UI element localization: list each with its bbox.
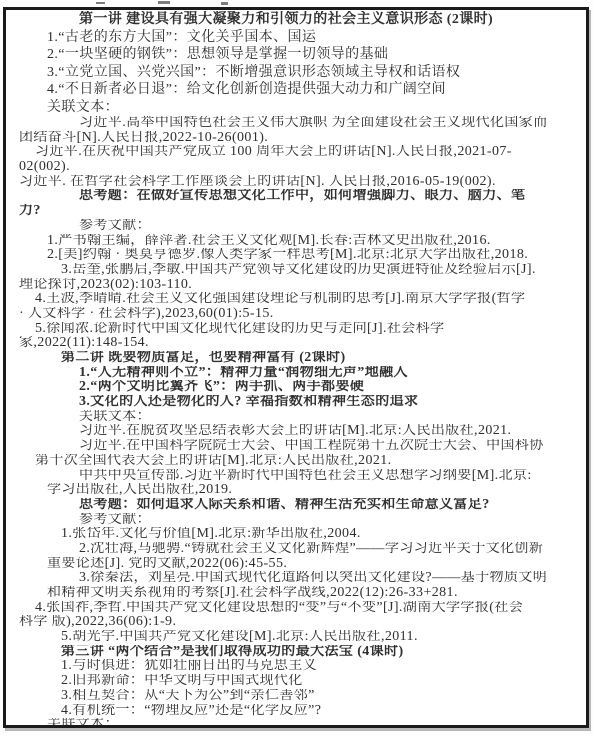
doc-line-reference: · 人文科学 · 社会科学),2023,60(01):5-15. bbox=[19, 307, 581, 322]
doc-line-lecture-title: 第一讲 建设具有强大凝聚力和引领力的社会主义意识形态 (2课时) bbox=[19, 11, 581, 29]
doc-line-reference: 科学 版),2022,36(06):1-9. bbox=[19, 615, 581, 630]
doc-line-reference: 1.严书翰主编，薛萍著.社会主义文化观[M].长春:吉林文史出版社,2016. bbox=[19, 234, 581, 249]
doc-line-section-label: 参考文献： bbox=[19, 513, 581, 528]
doc-line-think-question: 思考题：在做好宣传思想文化工作中，如何增强脚力、眼力、脑力、笔 bbox=[19, 189, 581, 204]
doc-line-outline-point: 3.相互契合：从“天下为公”到“亲仁善邻” bbox=[19, 689, 581, 704]
doc-line-section-label: 参考文献： bbox=[19, 219, 581, 234]
doc-line-outline-point: 3.“立党立国、兴党兴国”：不断增强意识形态领域主导权和话语权 bbox=[19, 64, 581, 82]
document-frame: 第一讲 建设具有强大凝聚力和引领力的社会主义意识形态 (2课时)1.“古老的东方… bbox=[3, 7, 589, 728]
doc-line-reference: 学习出版社,人民出版社,2019. bbox=[19, 483, 581, 498]
doc-line-section-label: 关联文本： bbox=[19, 410, 581, 425]
doc-line-reference: 5.胡光宇.中国共产党文化建设[M].北京:人民出版社,2011. bbox=[19, 630, 581, 645]
doc-line-reference: 习近平.在中国科学院院士大会、中国工程院第十五次院士大会、中国科协 bbox=[19, 439, 581, 454]
doc-line-reference: 2.沈壮海,马驰骋.“铸就社会主义文化新辉煌”——学习习近平关于文化创新 bbox=[19, 542, 581, 557]
doc-line-lecture-title: 第三讲 “两个结合”是我们取得成功的最大法宝 (4课时) bbox=[19, 645, 581, 660]
doc-line-reference: 团结奋斗[N].人民日报,2022-10-26(001). bbox=[19, 131, 581, 146]
scan-artifact bbox=[158, 1, 170, 4]
doc-line-reference: 理论探讨,2023(02):103-110. bbox=[19, 278, 581, 293]
doc-line-reference: 习近平.高举中国特色社会主义伟大旗帜 为全面建设社会主义现代化国家而 bbox=[19, 116, 581, 131]
doc-line-outline-point: 2.“一块坚硬的钢铁”：思想领导是掌握一切领导的基础 bbox=[19, 46, 581, 64]
doc-line-reference: 2.[美]约翰 · 奥莫亨德罗.像人类学家一样思考[M].北京:北京大学出版社,… bbox=[19, 248, 581, 263]
doc-line-section-label: 关联文本： bbox=[19, 99, 581, 117]
doc-line-think-question: 力? bbox=[19, 204, 581, 219]
doc-line-outline-point: 1.“人无精神则不立”：精神力量“润物细无声”地融入 bbox=[19, 366, 581, 381]
doc-line-outline-point: 3.文化的人还是物化的人? 幸福指数和精神生态的追求 bbox=[19, 395, 581, 410]
doc-line-reference: 中共中央宣传部.习近平新时代中国特色社会主义思想学习纲要[M].北京: bbox=[19, 469, 581, 484]
doc-line-think-question: 思考题：如何追求人际关系和谐、精神生活充实和生命意义富足? bbox=[19, 498, 581, 513]
scan-artifact bbox=[96, 2, 105, 4]
doc-line-reference: 3.岳奎,张鹏启,李敏.中国共产党领导文化建设的历史演进特征及经验启示[J]. bbox=[19, 263, 581, 278]
doc-line-section-label: 关联文本： bbox=[19, 718, 581, 725]
doc-line-outline-point: 4.有机统一：“物理反应”还是“化学反应”? bbox=[19, 704, 581, 719]
doc-line-reference: 3.徐秦法，刘星亮.中国式现代化道路何以突出文化建设?——基于物质文明 bbox=[19, 571, 581, 586]
doc-line-outline-point: 1.“古老的东方大国”：文化关乎国本、国运 bbox=[19, 29, 581, 47]
doc-line-reference: 习近平. 在哲学社会科学工作座谈会上的讲话[N]. 人民日报,2016-05-1… bbox=[19, 175, 581, 190]
doc-line-reference: 重要论述[J]. 党的文献,2022(06):45-55. bbox=[19, 557, 581, 572]
doc-line-reference: 1.张岱年.文化与价值[M].北京:新华出版社,2004. bbox=[19, 527, 581, 542]
doc-line-outline-point: 2.“两个文明比翼齐飞”：两手抓、两手都要硬 bbox=[19, 380, 581, 395]
doc-line-reference: 4.王波,李晴晴.社会主义文化强国建设理论与机制的思考[J].南京大学学报(哲学 bbox=[19, 292, 581, 307]
doc-line-reference: 习近平.在庆祝中国共产党成立 100 周年大会上的讲话[N].人民日报,2021… bbox=[19, 145, 581, 160]
doc-line-reference: 02(002). bbox=[19, 160, 581, 175]
doc-line-outline-point: 2.旧邦新命：中华文明与中国式现代化 bbox=[19, 674, 581, 689]
doc-line-reference: 4.张国祚,李哲.中国共产党文化建设思想的“变”与“不变”[J].湖南大学学报(… bbox=[19, 601, 581, 616]
doc-line-reference: 家,2022(11):148-154. bbox=[19, 336, 581, 351]
doc-line-outline-point: 4.“不日新者必日退”：给文化创新创造提供强大动力和广阔空间 bbox=[19, 81, 581, 99]
doc-line-reference: 第十次全国代表大会上的讲话[M].北京:人民出版社,2021. bbox=[19, 454, 581, 469]
doc-line-reference: 习近平.在脱贫攻坚总结表彰大会上的讲话[M].北京:人民出版社,2021. bbox=[19, 424, 581, 439]
doc-line-reference: 和精神文明关系视角的考察[J].社会科学战线,2022(12):26-33+28… bbox=[19, 586, 581, 601]
document-content: 第一讲 建设具有强大凝聚力和引领力的社会主义意识形态 (2课时)1.“古老的东方… bbox=[6, 10, 586, 725]
scan-artifact bbox=[221, 2, 228, 5]
doc-line-outline-point: 1.与时俱进：犹如壮丽日出的马克思主义 bbox=[19, 659, 581, 674]
doc-line-reference: 5.徐闻浓.论新时代中国文化现代化建设的历史与走向[J].社会科学 bbox=[19, 322, 581, 337]
doc-line-lecture-title: 第二讲 既要物质富足，也要精神富有 (2课时) bbox=[19, 351, 581, 366]
